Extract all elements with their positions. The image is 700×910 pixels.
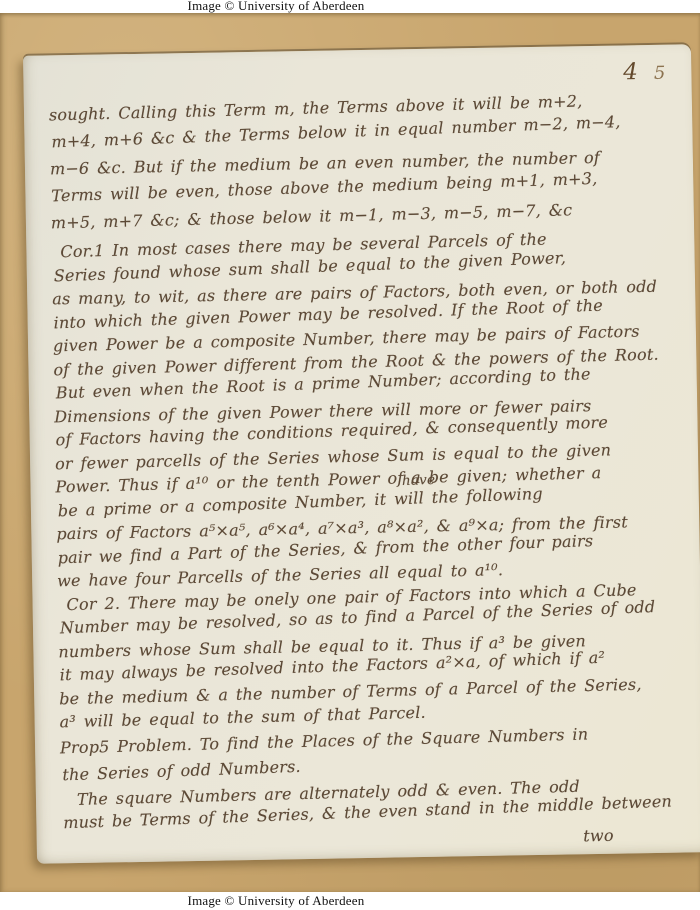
interlinear-insertion: have — [402, 473, 436, 486]
copyright-banner-bottom: Image © University of Aberdeen — [0, 893, 552, 909]
folio-number: 45 — [623, 59, 666, 86]
manuscript-text: sought. Calling this Term m, the Terms a… — [49, 90, 690, 858]
paragraph-intro: sought. Calling this Term m, the Terms a… — [49, 90, 679, 236]
copyright-banner-top: Image © University of Aberdeen — [0, 0, 552, 13]
paragraph-corollary-2: Cor 2. There may be onely one pair of Fa… — [57, 582, 687, 734]
paragraph-corollary-1: Cor.1 In most cases there may be several… — [51, 229, 685, 592]
folio-number-right: 5 — [654, 63, 666, 84]
manuscript-page: 45 sought. Calling this Term m, the Term… — [23, 44, 700, 864]
folio-number-left: 4 — [623, 59, 638, 85]
paragraph-solution: The square Numbers are alternately odd &… — [61, 777, 690, 858]
